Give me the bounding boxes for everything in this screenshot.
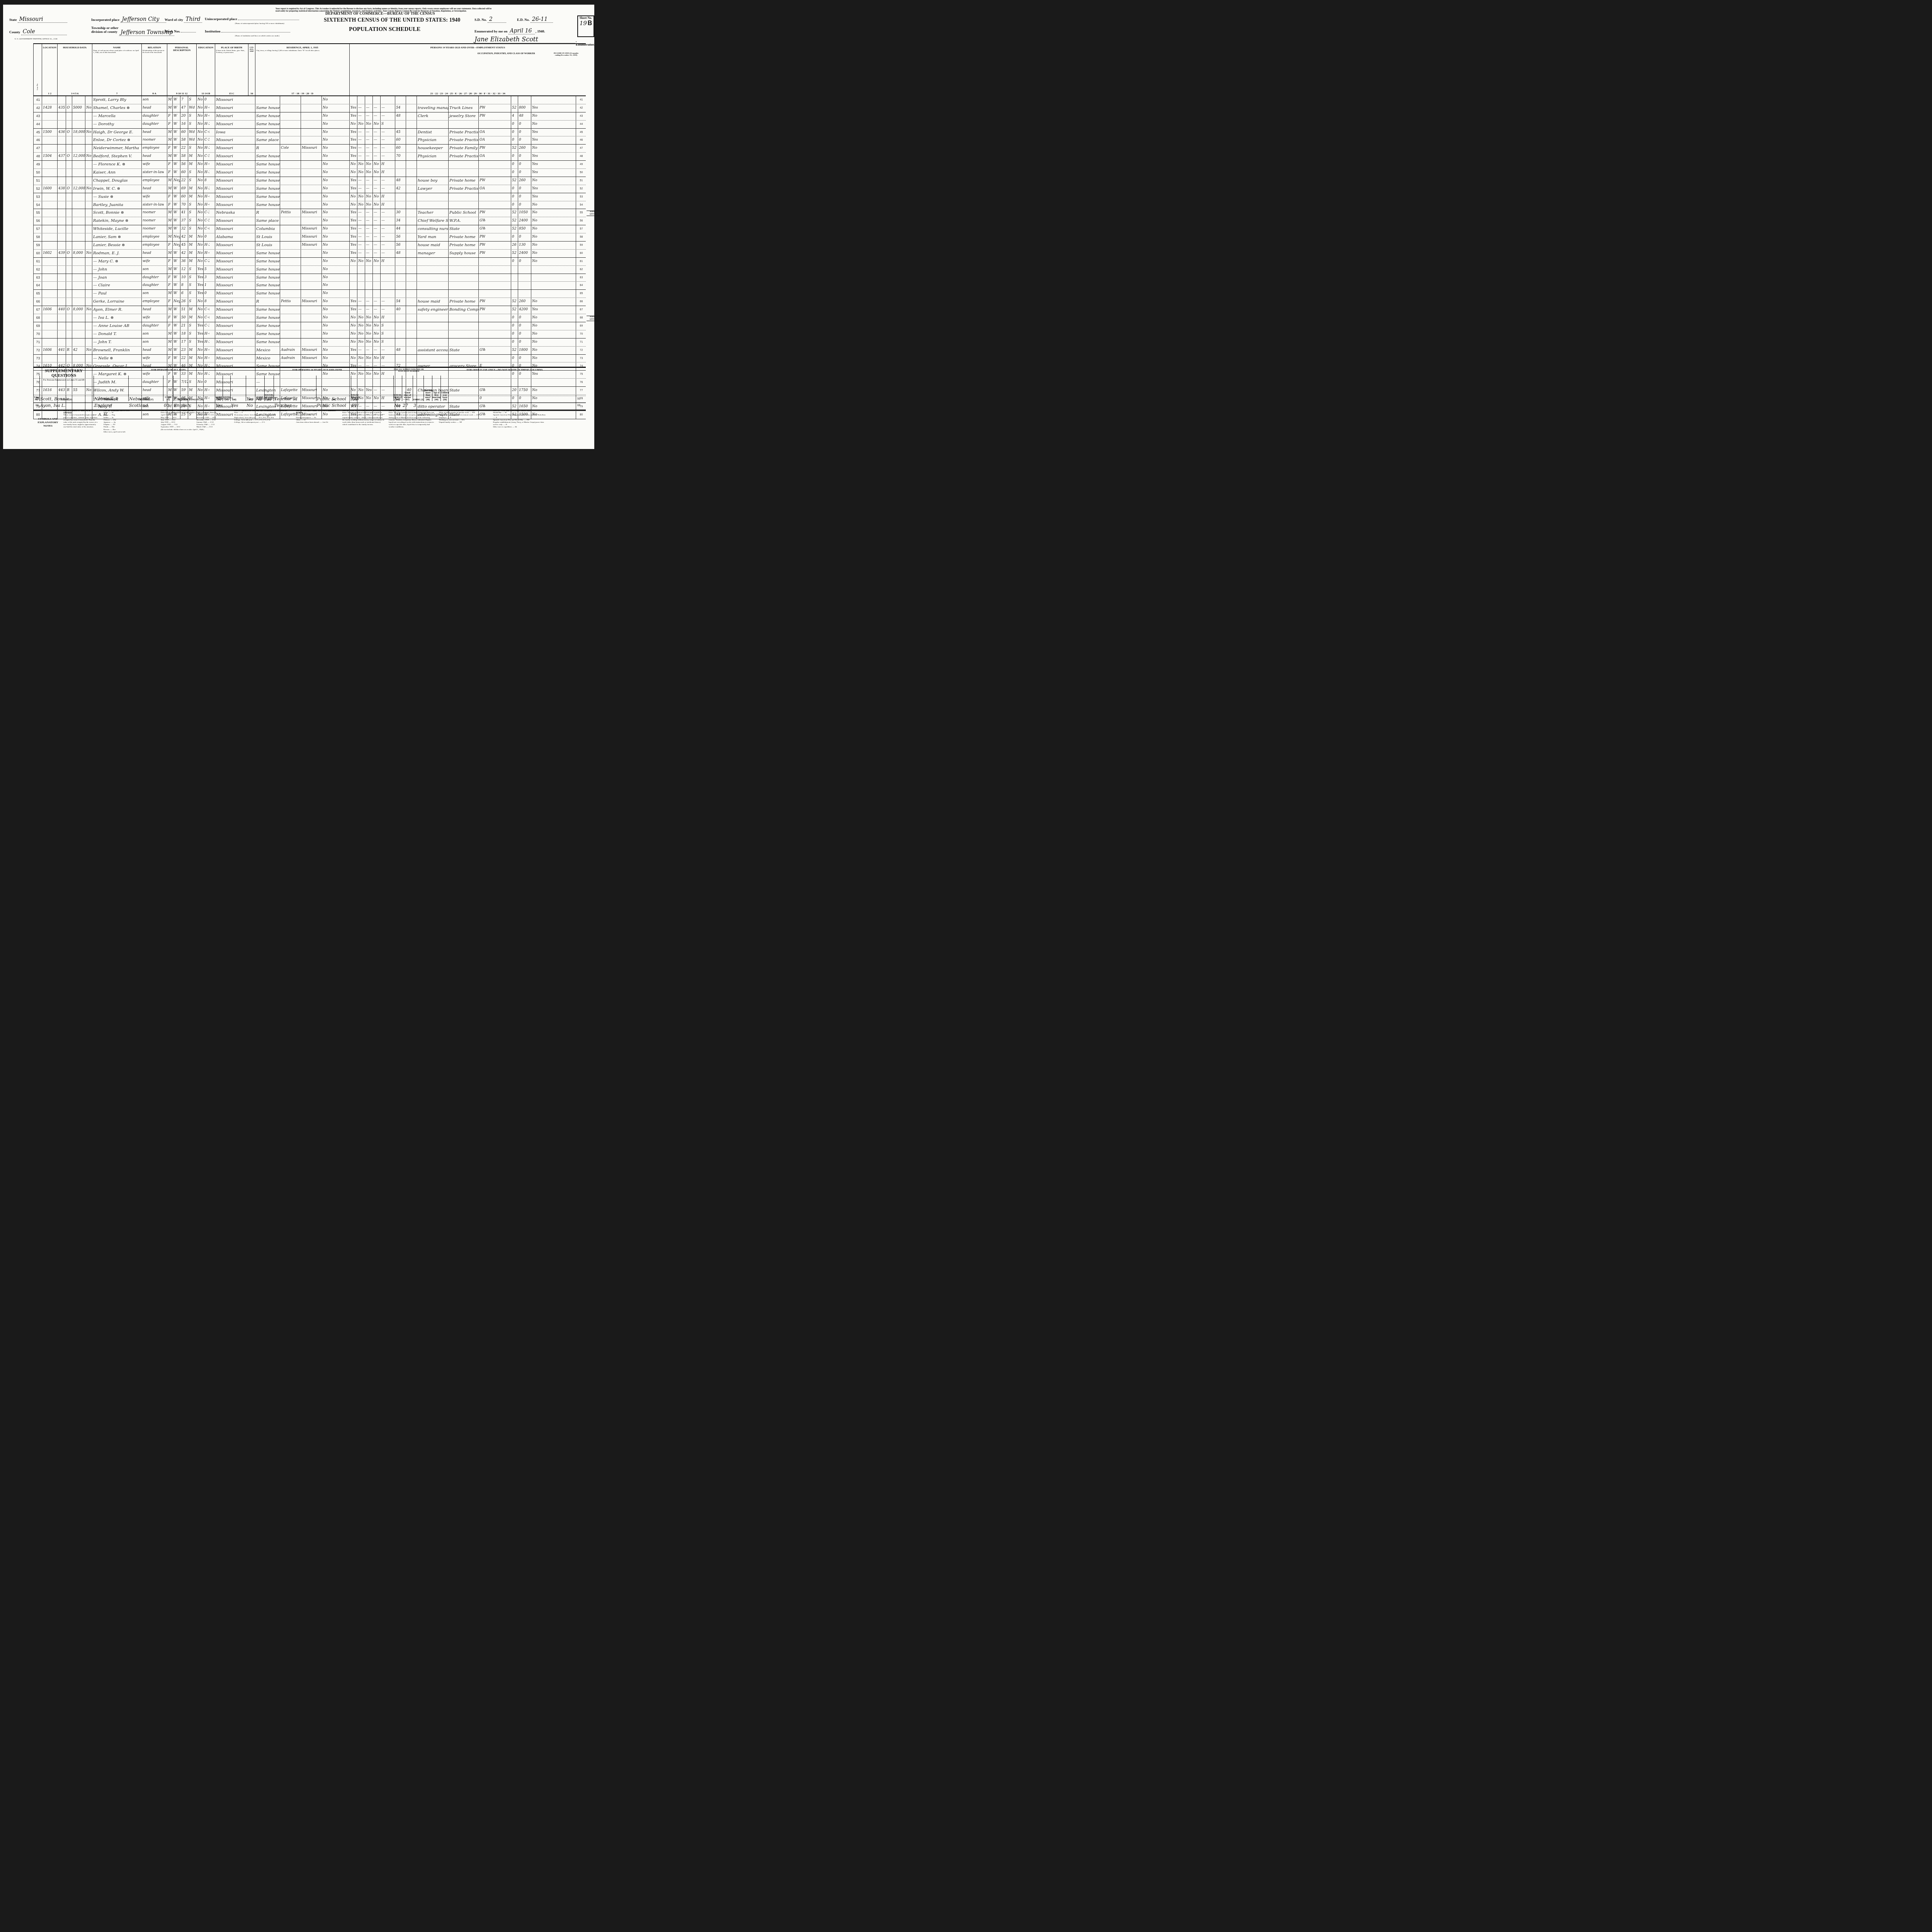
cell-residence-state [301,201,321,209]
cell-owned-rented: O [66,153,72,160]
table-row: 56Ratekin, Mayne ⊗roomerMW37SNoC-5Missou… [33,217,586,225]
cell-residence-city: St Louis [255,241,280,249]
cell-marital-status: Wd [188,136,196,144]
supp-cell-ss1: Yes [247,396,256,402]
cell-home-value [72,338,85,346]
cell-seeking-work [365,96,372,104]
cell-household-number [57,121,66,128]
cell-line-number-right: 64 [576,282,586,289]
cell-residence-state: Missouri [301,225,321,233]
cell-at-work: No [349,330,357,338]
cell-residence-state [301,161,321,168]
cell-residence-farm: No [321,177,328,185]
cell-home-value [72,355,85,362]
cell-industry [448,314,478,322]
cell-residence-county [280,201,301,209]
cell-hours-worked [395,355,406,362]
cell-farm-flag [85,338,92,346]
cell-activity: — [380,233,389,241]
cell-class-of-worker: GW [478,347,485,354]
cell-school-attendance: No [196,347,203,354]
cell-residence-county [280,104,301,112]
cell-activity: — [380,177,389,185]
cell-residence-county [280,338,301,346]
ward-field: Ward of city Third [165,16,202,23]
printing-office: U. S. GOVERNMENT PRINTING OFFICE 16—1336 [15,38,58,40]
cell-line-number-right: 73 [576,355,586,362]
cell-emergency-work [357,282,365,289]
cell-wages: 260 [518,298,531,306]
cell-other-income: No [531,112,541,120]
cell-house-number [42,177,57,185]
cell-at-work: No [349,322,357,330]
cell-house-number [42,298,57,306]
sheet-number: 19 [580,20,587,27]
cell-home-value [72,266,85,274]
cell-household-number [57,314,66,322]
cell-home-value [72,169,85,177]
cell-had-job: — [372,177,380,185]
cell-had-job: No [372,330,380,338]
cell-emergency-work: No [357,193,365,201]
cell-school-attendance: No [196,169,203,177]
cell-residence-farm: No [321,347,328,354]
cell-home-value [72,233,85,241]
cell-residence-city: Same house [255,250,280,257]
supp-cell-cls: PW [352,403,359,409]
cell-residence-city: Same house [255,266,280,274]
cell-sex: M [167,225,172,233]
cell-line-number-right: 60 [576,250,586,257]
cell-seeking-work [365,282,372,289]
cell-marital-status: S [188,121,196,128]
cell-weeks-worked: 52 [511,225,518,233]
cell-emergency-work [357,290,365,298]
cell-residence-county: Audrain [280,355,301,362]
cell-highest-grade: 8 [203,298,209,306]
cell-residence-farm: No [321,241,328,249]
cell-home-value [72,274,85,282]
cell-person-name: Chappel, Douglas [92,177,141,185]
cell-had-job: No [372,322,380,330]
cell-weeks-worked: 0 [511,233,518,241]
cell-household-number [57,112,66,120]
note-item: College, 5th or subsequent year ..... C-… [234,422,292,424]
cell-line-number-right: 70 [576,330,586,338]
cell-home-value: 12,000 [72,185,85,193]
cell-unemployment-weeks [406,217,417,225]
cell-farm-flag: No [85,104,92,112]
cell-school-attendance: Yes [196,274,203,282]
cell-sex: F [167,112,172,120]
cell-residence-state [301,282,321,289]
cell-line-number: 66 [33,298,42,306]
cell-emergency-work [357,266,365,274]
cell-emergency-work: No [357,355,365,362]
cell-at-work: No [349,314,357,322]
cell-other-income: No [531,233,541,241]
cell-relationship: sister-in-law [141,169,164,177]
cell-birthplace: Missouri [215,330,244,338]
cell-marital-status: Wd [188,104,196,112]
cell-birthplace: Missouri [215,306,244,314]
cell-farm-flag [85,121,92,128]
cell-seeking-work: No [365,201,372,209]
cell-highest-grade: H-4 [203,104,209,112]
cell-marital-status: S [188,145,196,152]
cell-other-income: Yes [531,185,541,193]
cell-other-income: Yes [531,161,541,168]
cell-farm-flag [85,225,92,233]
cell-residence-farm: No [321,121,328,128]
cell-sex: M [167,96,172,104]
cell-weeks-worked: 0 [511,314,518,322]
column-headers: Line No. LOCATION1 2 HOUSEHOLD DATA3 4 5… [33,44,586,96]
cell-sex: M [167,177,172,185]
cell-at-work: Yes [349,185,357,193]
cell-had-job: — [372,347,380,354]
cell-owned-rented [66,282,72,289]
cell-unemployment-weeks [406,282,417,289]
cell-line-number-right: 65 [576,290,586,298]
cell-hours-worked: 54 [395,298,406,306]
cell-marital-status: M [188,258,196,265]
cell-emergency-work: No [357,330,365,338]
cell-unemployment-weeks [406,338,417,346]
cell-house-number [42,217,57,225]
cell-class-of-worker: GW [478,225,485,233]
cell-person-name: — Joan [92,274,141,282]
cell-unemployment-weeks [406,266,417,274]
cell-other-income: No [531,217,541,225]
cell-line-number-right: 61 [576,258,586,265]
cell-seeking-work: — [365,112,372,120]
cell-highest-grade: H-4 [203,250,209,257]
supp-cell-vet: No [216,396,223,402]
cell-hours-worked [395,193,406,201]
cell-residence-state [301,266,321,274]
incorporated-place-value: Jefferson City [121,16,166,23]
cell-race: W [172,274,180,282]
cell-at-work: Yes [349,225,357,233]
cell-owned-rented [66,266,72,274]
table-row: 521600438O12,000NoIrwin, W. C. ⊗headMW69… [33,185,586,193]
cell-weeks-worked: 0 [511,355,518,362]
cell-house-number [42,121,57,128]
cell-household-number [57,290,66,298]
cell-home-value [72,209,85,217]
cell-occupation [417,314,448,322]
cell-other-income: No [531,322,541,330]
cell-emergency-work: — [357,298,365,306]
cell-farm-flag: No [85,347,92,354]
cell-residence-county [280,112,301,120]
cell-sex: F [167,169,172,177]
cell-activity: — [380,250,389,257]
cell-home-value: 8,000 [72,306,85,314]
cell-weeks-worked: 52 [511,250,518,257]
cell-birthplace: Missouri [215,145,244,152]
cell-residence-county [280,250,301,257]
cell-residence-county [280,282,301,289]
cell-hours-worked [395,274,406,282]
cell-sex: F [167,201,172,209]
cell-residence-state [301,177,321,185]
cell-at-work: No [349,121,357,128]
cell-emergency-work [357,96,365,104]
cell-school-attendance: No [196,241,203,249]
cell-relationship: employee [141,177,164,185]
cell-hours-worked [395,314,406,322]
cell-relationship: employee [141,241,164,249]
cell-house-number [42,338,57,346]
cell-line-number-right: 72 [576,347,586,354]
cell-weeks-worked: 0 [511,330,518,338]
cell-emergency-work: — [357,217,365,225]
cell-wages [518,282,531,289]
cell-farm-flag [85,274,92,282]
cell-highest-grade: C-5 [203,153,209,160]
cell-age: 17 [180,338,188,346]
cell-other-income: Yes [531,153,541,160]
cell-age: 7 [180,96,188,104]
table-row: 721606441R42NoBrownell, FranklinheadMW23… [33,347,586,355]
cell-age: 23 [180,347,188,354]
cell-emergency-work: — [357,233,365,241]
cell-race: W [172,201,180,209]
cell-weeks-worked: 0 [511,153,518,160]
cell-home-value: 5000 [72,104,85,112]
cell-sex: F [167,258,172,265]
cell-owned-rented [66,201,72,209]
cell-line-number: 67 [33,306,42,314]
cell-other-income: No [531,121,541,128]
cell-household-number [57,136,66,144]
cell-unemployment-weeks [406,330,417,338]
cell-sex: M [167,185,172,193]
cell-wages: 260 [518,145,531,152]
cell-at-work: Yes [349,241,357,249]
cell-residence-city: Same house [255,322,280,330]
cell-race: W [172,322,180,330]
cell-unemployment-weeks [406,161,417,168]
supp-line-right: 55 [577,396,580,402]
cell-house-number [42,225,57,233]
cell-marital-status: S [188,330,196,338]
cell-highest-grade: 0 [203,96,209,104]
cell-class-of-worker: PW [478,104,485,112]
cell-house-number [42,322,57,330]
cell-residence-state [301,112,321,120]
cell-race: W [172,347,180,354]
cell-farm-flag [85,193,92,201]
cell-line-number: 60 [33,250,42,257]
cell-sex: F [167,121,172,128]
cell-at-work: No [349,201,357,209]
cell-household-number [57,241,66,249]
cell-weeks-worked: 0 [511,338,518,346]
cell-emergency-work: — [357,153,365,160]
cell-school-attendance: No [196,96,203,104]
cell-at-work: Yes [349,306,357,314]
cell-highest-grade: C-5 [203,136,209,144]
cell-wages: 0 [518,129,531,136]
enumerated-date: April 16 [509,28,535,34]
cell-line-number-right: 63 [576,274,586,282]
cell-unemployment-weeks [406,112,417,120]
cell-household-number: 441 [57,347,66,354]
cell-marital-status: S [188,201,196,209]
cell-residence-city: St Louis [255,233,280,241]
cell-emergency-work: — [357,177,365,185]
note-item: Unpaid family worker ..... NP [439,422,489,424]
cell-wages [518,290,531,298]
cell-birthplace: Missouri [215,355,244,362]
cell-school-attendance: No [196,258,203,265]
cell-school-attendance: No [196,185,203,193]
cell-hours-worked: 34 [395,217,406,225]
cell-sex: M [167,153,172,160]
cell-unemployment-weeks [406,225,417,233]
cell-highest-grade: H-4 [203,347,209,354]
cell-weeks-worked: 52 [511,217,518,225]
cell-farm-flag [85,161,92,168]
cell-marital-status: S [188,338,196,346]
cell-age: 37 [180,217,188,225]
cell-birthplace: Missouri [215,136,244,144]
supp-cell-married_more: No [394,403,403,409]
cell-line-number: 50 [33,169,42,177]
cell-industry: Private Practise [448,129,478,136]
cell-birthplace: Alabama [215,233,244,241]
cell-person-name: Ratekin, Mayne ⊗ [92,217,141,225]
cell-at-work: No [349,161,357,168]
cell-relationship: son [141,266,164,274]
note-item: Regular establishment (Army, Navy, or Ma… [493,422,547,426]
cell-other-income: No [531,330,541,338]
cell-had-job: — [372,209,380,217]
cell-marital-status: S [188,177,196,185]
cell-age: 21 [180,322,188,330]
cell-race: W [172,145,180,152]
cell-house-number: 1606 [42,347,57,354]
cell-home-value [72,121,85,128]
cell-owned-rented [66,169,72,177]
cell-birthplace: Missouri [215,161,244,168]
group-birth: PLACE OF BIRTHIf born in the United Stat… [215,44,248,95]
cell-residence-city: Same house [255,290,280,298]
cell-residence-county [280,169,301,177]
cell-highest-grade: C-3 [203,209,209,217]
cell-residence-county [280,322,301,330]
cell-age: 20 [180,112,188,120]
cell-residence-county: Cole [280,145,301,152]
cell-person-name: Shamel, Charles ⊗ [92,104,141,112]
ed-field: E.D. No. 26-11 [517,16,553,23]
cell-activity: H [380,193,389,201]
cell-had-job: — [372,129,380,136]
cell-sex: F [167,193,172,201]
cell-line-number-right: 52 [576,185,586,193]
cell-race: W [172,217,180,225]
cell-at-work: Yes [349,217,357,225]
cell-household-number: 437 [57,153,66,160]
cell-residence-county [280,136,301,144]
cell-relationship: daughter [141,282,164,289]
cell-school-attendance: No [196,136,203,144]
cell-person-name: Whiteside, Lucille [92,225,141,233]
cell-wages: 4200 [518,306,531,314]
cell-farm-flag [85,258,92,265]
cell-house-number: 1600 [42,185,57,193]
cell-residence-state [301,121,321,128]
cell-farm-flag: No [85,185,92,193]
cell-weeks-worked: 0 [511,258,518,265]
cell-farm-flag [85,330,92,338]
cell-residence-state [301,169,321,177]
cell-sex: F [167,322,172,330]
cell-emergency-work: — [357,136,365,144]
cell-line-number: 47 [33,145,42,152]
cell-wages: 0 [518,201,531,209]
sd-field: S.D. No. 2 [474,16,506,23]
table-row: 41Sprott, Larry BlysonMW7SNo0MissouriNo4… [33,96,586,104]
cell-other-income: No [531,338,541,346]
cell-owned-rented [66,193,72,201]
cell-relationship: head [141,347,164,354]
cell-sex: M [167,233,172,241]
cell-school-attendance: No [196,306,203,314]
cell-household-number [57,145,66,152]
cell-residence-state: Missouri [301,145,321,152]
supp-cell-ss2: No [256,396,265,402]
cell-emergency-work [357,274,365,282]
note-col10: Col. 10. COLOR OR RACE:White ..... WNegr… [104,410,158,434]
cell-age: 58 [180,153,188,160]
cell-at-work [349,266,357,274]
cell-line-number: 64 [33,282,42,289]
cell-residence-county [280,290,301,298]
cell-residence-farm: No [321,145,328,152]
cell-activity: — [380,185,389,193]
cell-occupation [417,266,448,274]
table-row: 65— PaulsonMW6SYes0MissouriSame houseNo6… [33,290,586,298]
cell-occupation [417,121,448,128]
cell-highest-grade: C-4 [203,306,209,314]
supp-row: 68Ayon, Iva L.EnglandScotland00EnglishYe… [33,402,586,409]
cell-residence-city: Same place [255,136,280,144]
cell-residence-county [280,266,301,274]
table-row: 421428435O5000NoShamel, Charles ⊗headMW4… [33,104,586,112]
cell-farm-flag: No [85,129,92,136]
cell-race: W [172,209,180,217]
cell-residence-county [280,258,301,265]
cell-residence-county [280,274,301,282]
cell-at-work: Yes [349,136,357,144]
cell-had-job: No [372,338,380,346]
cell-owned-rented [66,225,72,233]
cell-residence-county [280,185,301,193]
cell-industry [448,282,478,289]
cell-weeks-worked: 0 [511,169,518,177]
state-value: Missouri [18,16,67,23]
cell-age: 16 [180,121,188,128]
cell-had-job: No [372,169,380,177]
cell-sex: M [167,209,172,217]
cell-line-number: 71 [33,338,42,346]
cell-home-value: 8,000 [72,250,85,257]
cell-occupation [417,201,448,209]
